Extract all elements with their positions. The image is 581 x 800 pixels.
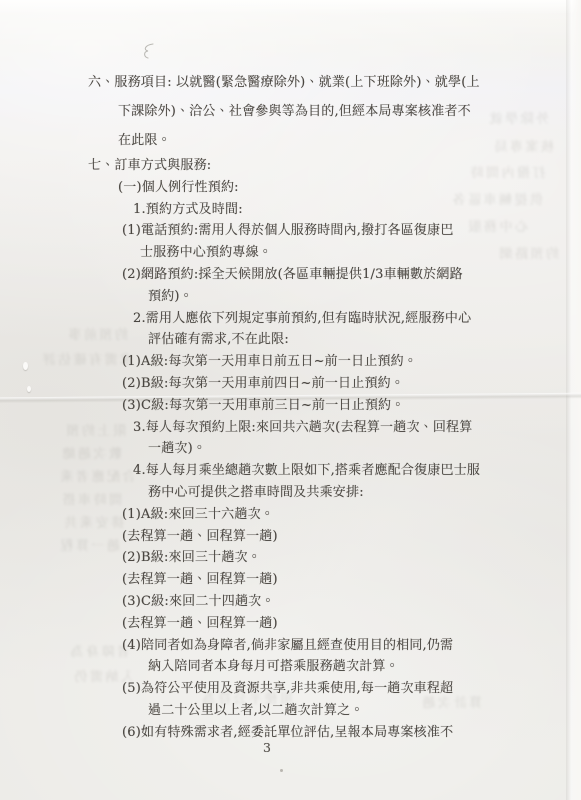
page-number: 3 [263, 740, 271, 755]
text-line: (6)如有特殊需求者,經委託單位評估,呈報本局專案核准不 [0, 722, 581, 744]
text-line: (4)陪同者如為身障者,倘非家屬且經查使用目的相同,仍需 [0, 635, 581, 657]
text-line: (去程算一趟、回程算一趟) [0, 613, 581, 635]
text-line: 士服務中心預約專線。 [0, 242, 581, 264]
text-line: (2)網路預約:採全天候開放(各區車輛提供1/3車輛數於網路 [0, 264, 581, 286]
text-line: 七、訂車方式與服務: [0, 155, 581, 177]
text-line: 評估確有需求,不在此限: [0, 329, 581, 351]
pencil-mark [140, 42, 158, 62]
text-line: (5)為符公平使用及資源共享,非共乘使用,每一趟次車程超 [0, 678, 581, 700]
text-line: 4.每人每月乘坐總趟次數上限如下,搭乘者應配合復康巴士服 [0, 460, 581, 482]
text-line: 一趟次)。 [0, 438, 581, 460]
text-line: 3.每人每次預約上限:來回共六趟次(去程算一趟次、回程算 [0, 417, 581, 439]
paper-speck [280, 769, 283, 772]
text-line: 下課除外)、洽公、社會參與等為目的,但經本局專案核准者不 [0, 97, 581, 126]
text-line: 2.需用人應依下列規定事前預約,但有臨時狀況,經服務中心 [0, 308, 581, 330]
text-line: 在此限。 [0, 126, 581, 155]
text-line: 預約)。 [0, 286, 581, 308]
text-line: (2)B級:每次第一天用車前四日~前一日止預約。 [0, 373, 581, 395]
text-line: 務中心可提供之搭車時間及共乘安排: [0, 482, 581, 504]
text-line: 1.預約方式及時間: [0, 199, 581, 221]
text-line: (去程算一趟、回程算一趟) [0, 526, 581, 548]
text-line: 納入陪同者本身每月可搭乘服務趟次計算。 [0, 656, 581, 678]
text-line: (一)個人例行性預約: [0, 177, 581, 199]
text-line: (1)A級:來回三十六趟次。 [0, 504, 581, 526]
text-line: (1)電話預約:需用人得於個人服務時間內,撥打各區復康巴 [0, 220, 581, 242]
text-line: (3)C級:每次第一天用車前三日~前一日止預約。 [0, 395, 581, 417]
text-line: (1)A級:每次第一天用車日前五日~前一日止預約。 [0, 351, 581, 373]
document-body: 六、服務項目: 以就醫(緊急醫療除外)、就業(上下班除外)、就學(上下課除外)、… [0, 68, 581, 744]
text-line: (3)C級:來回二十四趟次。 [0, 591, 581, 613]
text-line: (2)B級:來回三十趟次。 [0, 547, 581, 569]
text-line: (去程算一趟、回程算一趟) [0, 569, 581, 591]
scanned-document-page: 外除學就核案專局打撥內間時供提輛車區各心中務服約預路網約預前事求需有確估評限上約… [0, 0, 581, 800]
text-line: 六、服務項目: 以就醫(緊急醫療除外)、就業(上下班除外)、就學(上 [0, 68, 581, 97]
text-line: 過二十公里以上者,以二趟次計算之。 [0, 700, 581, 722]
